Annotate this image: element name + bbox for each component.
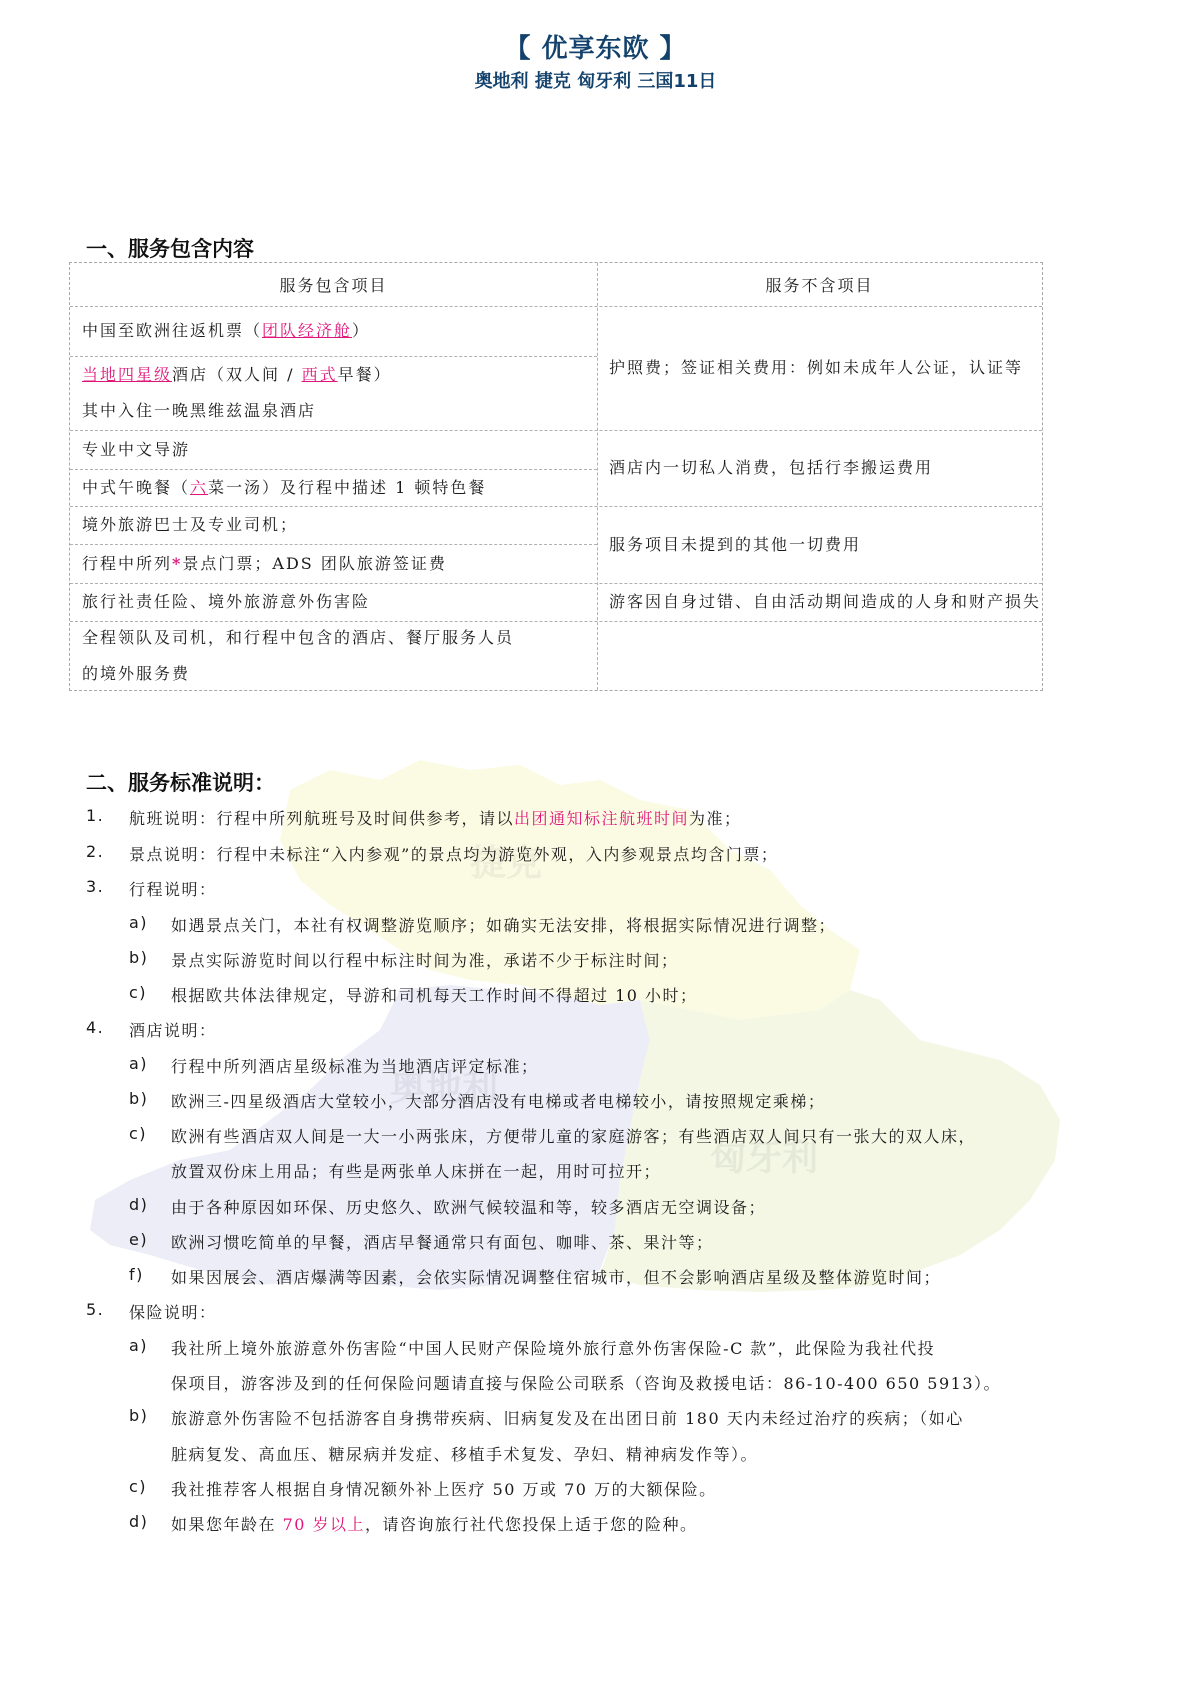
text: 中式午晚餐（ — [82, 478, 190, 497]
included-item-guide: 专业中文导游 — [70, 430, 597, 469]
text: 中国至欧洲往返机票（ — [82, 321, 262, 340]
text: 景点说明：行程中未标注“入内参观”的景点均为游览外观，入内参观景点均含门票； — [129, 842, 778, 865]
text: 我社所上境外旅游意外伤害险“中国人民财产保险境外旅行意外伤害保险-C 款”，此保… — [171, 1336, 935, 1359]
text: 欧洲习惯吃简单的早餐，酒店早餐通常只有面包、咖啡、茶、果汁等； — [171, 1230, 714, 1253]
text: 行程中所列酒店星级标准为当地酒店评定标准； — [171, 1054, 539, 1077]
included-item-meals: 中式午晚餐（六菜一汤）及行程中描述 1 顿特色餐 — [70, 469, 597, 506]
text: 酒店内一切私人消费，包括行李搬运费用 — [609, 450, 1042, 486]
list-number: 4. — [86, 1018, 116, 1037]
included-item-service-fee: 全程领队及司机，和行程中包含的酒店、餐厅服务人员 的境外服务费 — [70, 621, 597, 690]
text: 旅游意外伤害险不包括游客自身携带疾病、旧病复发及在出团日前 180 天内未经过治… — [171, 1406, 964, 1429]
text: 放置双份床上用品；有些是两张单人床拼在一起，用时可拉开； — [171, 1159, 661, 1182]
sub-letter: d) — [129, 1195, 148, 1214]
excluded-item-other: 服务项目未提到的其他一切费用 — [597, 506, 1042, 583]
sub-letter: b) — [129, 1406, 148, 1425]
text: 专业中文导游 — [82, 432, 597, 468]
sub-letter: f) — [129, 1265, 144, 1284]
highlight-western: 西式 — [302, 365, 338, 384]
text: 景点实际游览时间以行程中标注时间为准，承诺不少于标注时间； — [171, 948, 679, 971]
text: 景点门票；ADS 团队旅游签证费 — [182, 554, 446, 573]
services-table: 服务包含项目 服务不含项目 中国至欧洲往返机票（团队经济舱） 当地四星级酒店（双… — [69, 262, 1043, 691]
highlight-economy-class: 团队经济舱 — [262, 321, 352, 340]
asterisk-icon: * — [172, 554, 182, 573]
text: 保项目，游客涉及到的任何保险问题请直接与保险公司联系（咨询及救援电话：86-10… — [171, 1371, 1001, 1394]
text: 由于各种原因如环保、历史悠久、欧洲气候较温和等，较多酒店无空调设备； — [171, 1195, 766, 1218]
text: 根据欧共体法律规定，导游和司机每天工作时间不得超过 10 小时； — [171, 983, 698, 1006]
included-item-tickets: 行程中所列*景点门票；ADS 团队旅游签证费 — [70, 544, 597, 583]
text: ，请咨询旅行社代您投保上适于您的险种。 — [365, 1515, 698, 1534]
document-header: 【 优享东欧 】 奥地利 捷克 匈牙利 三国11日 — [0, 32, 1191, 96]
list-number: 5. — [86, 1300, 116, 1319]
text: 保险说明： — [129, 1300, 217, 1323]
list-number: 3. — [86, 877, 116, 896]
header-included: 服务包含项目 — [70, 263, 597, 306]
sub-letter: e) — [129, 1230, 148, 1249]
text: 护照费；签证相关费用：例如未成年人公证，认证等 — [609, 350, 1042, 386]
highlight-flight-time: 出团通知标注航班时间 — [514, 809, 689, 828]
text: 欧洲三-四星级酒店大堂较小，大部分酒店没有电梯或者电梯较小，请按照规定乘梯； — [171, 1089, 825, 1112]
section-heading-service-standards: 二、服务标准说明： — [86, 770, 275, 796]
text: 行程中所列 — [82, 554, 172, 573]
excluded-item-passport: 护照费；签证相关费用：例如未成年人公证，认证等 — [597, 306, 1042, 430]
text: 旅行社责任险、境外旅游意外伤害险 — [82, 584, 597, 620]
document-page: 【 优享东欧 】 奥地利 捷克 匈牙利 三国11日 一、服务包含内容 服务包含项… — [0, 0, 1191, 1684]
text: 如遇景点关门，本社有权调整游览顺序；如确实无法安排，将根据实际情况进行调整； — [171, 913, 836, 936]
text: 的境外服务费 — [82, 656, 597, 692]
sub-letter: a) — [129, 913, 148, 932]
sub-letter: a) — [129, 1336, 148, 1355]
text: 为准； — [689, 809, 742, 828]
text: 欧洲有些酒店双人间是一大一小两张床，方便带儿童的家庭游客；有些酒店双人间只有一张… — [171, 1124, 976, 1147]
sub-letter: c) — [129, 1124, 147, 1143]
highlight-six: 六 — [190, 478, 208, 497]
included-item-hotel: 当地四星级酒店（双人间 / 西式早餐） 其中入住一晚黑维兹温泉酒店 — [70, 356, 597, 430]
text: 行程说明： — [129, 877, 217, 900]
header-included-label: 服务包含项目 — [279, 273, 387, 296]
text: 酒店说明： — [129, 1018, 217, 1041]
document-subtitle: 奥地利 捷克 匈牙利 三国11日 — [0, 68, 1191, 96]
text: 全程领队及司机，和行程中包含的酒店、餐厅服务人员 — [82, 620, 597, 656]
highlight-four-star: 当地四星级 — [82, 365, 172, 384]
hotel-note: 其中入住一晚黑维兹温泉酒店 — [82, 393, 597, 429]
included-item-bus: 境外旅游巴士及专业司机； — [70, 506, 597, 544]
text: 酒店（双人间 / — [172, 365, 302, 384]
text: 服务项目未提到的其他一切费用 — [609, 527, 1042, 563]
text: 脏病复发、高血压、糖尿病并发症、移植手术复发、孕妇、精神病发作等）。 — [171, 1442, 758, 1465]
text: 航班说明：行程中所列航班号及时间供参考，请以 — [129, 809, 514, 828]
included-item-airfare: 中国至欧洲往返机票（团队经济舱） — [70, 306, 597, 356]
text: ） — [352, 321, 370, 340]
excluded-item-empty — [597, 621, 1042, 690]
text: 境外旅游巴士及专业司机； — [82, 507, 597, 543]
text: 我社推荐客人根据自身情况额外补上医疗 50 万或 70 万的大额保险。 — [171, 1477, 717, 1500]
sub-letter: d) — [129, 1512, 148, 1531]
text: 菜一汤）及行程中描述 1 顿特色餐 — [208, 478, 486, 497]
highlight-age-70: 70 岁以上 — [283, 1515, 365, 1534]
header-excluded-label: 服务不含项目 — [765, 273, 873, 296]
sub-letter: a) — [129, 1054, 148, 1073]
list-number: 2. — [86, 842, 116, 861]
header-excluded: 服务不含项目 — [597, 263, 1042, 306]
included-item-insurance: 旅行社责任险、境外旅游意外伤害险 — [70, 583, 597, 621]
text: 如果您年龄在 — [171, 1515, 283, 1534]
sub-letter: c) — [129, 983, 147, 1002]
sub-letter: b) — [129, 948, 148, 967]
list-number: 1. — [86, 806, 116, 825]
excluded-item-personal: 酒店内一切私人消费，包括行李搬运费用 — [597, 430, 1042, 506]
section-heading-services-included: 一、服务包含内容 — [86, 236, 254, 262]
sub-letter: c) — [129, 1477, 147, 1496]
document-title: 【 优享东欧 】 — [0, 32, 1191, 66]
sub-letter: b) — [129, 1089, 148, 1108]
excluded-item-fault: 游客因自身过错、自由活动期间造成的人身和财产损失 — [597, 583, 1042, 621]
text: 如果因展会、酒店爆满等因素，会依实际情况调整住宿城市，但不会影响酒店星级及整体游… — [171, 1265, 941, 1288]
text: 游客因自身过错、自由活动期间造成的人身和财产损失 — [609, 584, 1042, 620]
text: 早餐） — [338, 365, 392, 384]
